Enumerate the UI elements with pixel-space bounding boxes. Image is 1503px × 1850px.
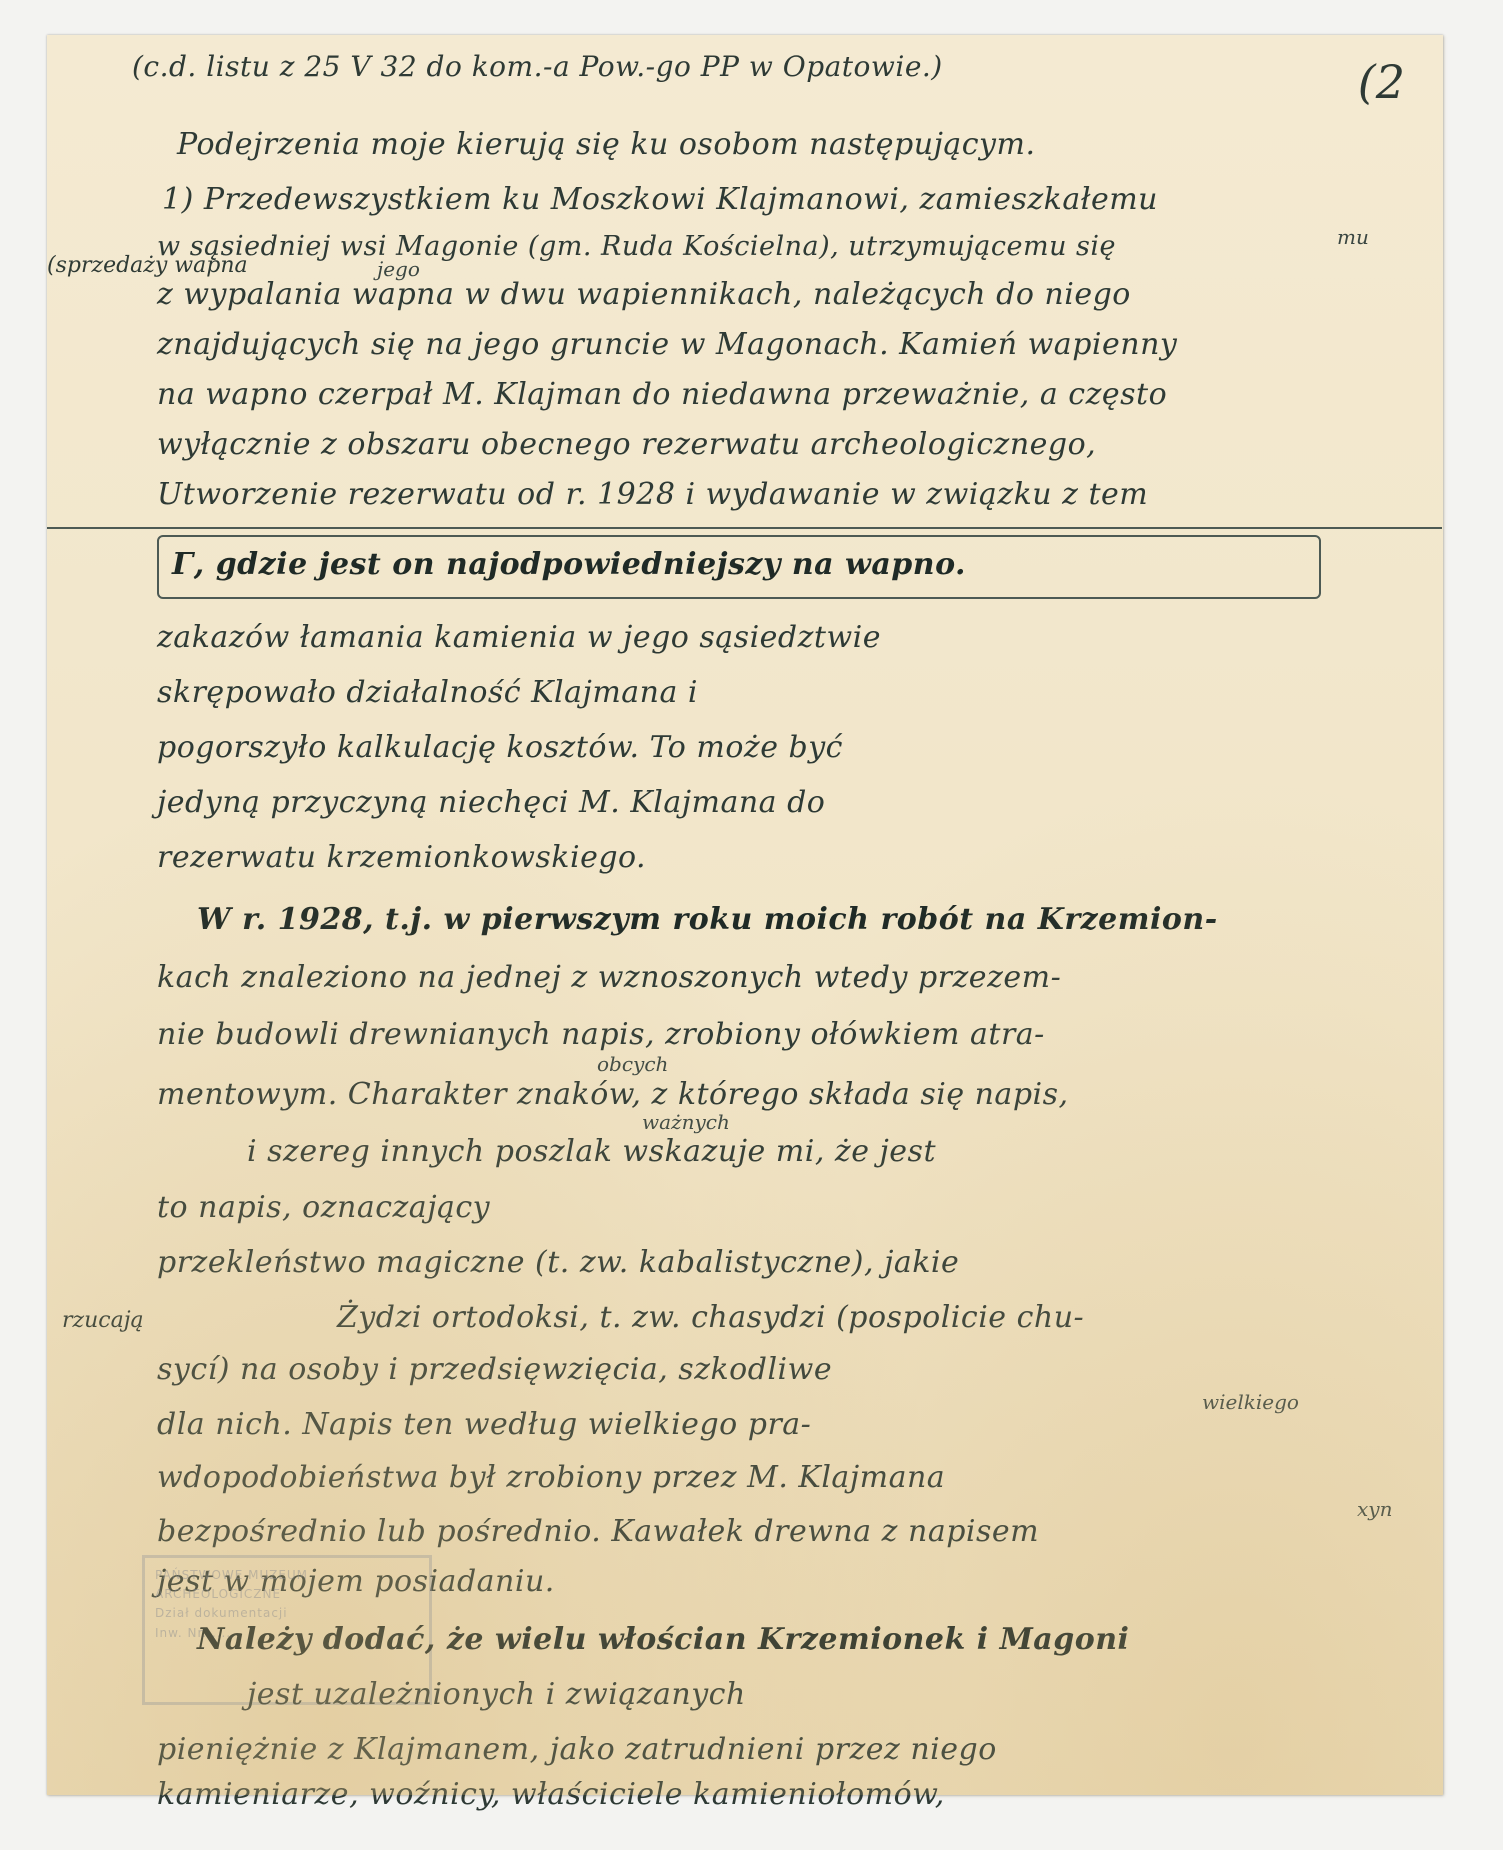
text-line-8: Utworzenie rezerwatu od r. 1928 i wydawa…	[157, 480, 1148, 510]
text-line-17: mentowym. Charakter znaków, z którego sk…	[157, 1080, 1069, 1110]
insertion-wielkiego: wielkiego	[1202, 1390, 1299, 1414]
text-line-7: wyłącznie z obszaru obecnego rezerwatu a…	[157, 430, 1096, 460]
insertion-mu: mu	[1337, 225, 1369, 249]
document-page: (2 (c.d. listu z 25 V 32 do kom.-a Pow.-…	[47, 35, 1443, 1795]
text-line-15: kach znaleziono na jednej z wznoszonych …	[157, 963, 1061, 993]
text-line-16: nie budowli drewnianych napis, zrobiony …	[157, 1020, 1045, 1050]
insertion-obcych: obcych	[597, 1052, 668, 1076]
text-line-29: pieniężnie z Klajmanem, jako zatrudnieni…	[157, 1735, 997, 1765]
text-line-1: Podejrzenia moje kierują się ku osobom n…	[177, 130, 1036, 160]
margin-note-rzucaja: rzucają	[62, 1308, 144, 1333]
text-line-23: dla nich. Napis ten według wielkiego pra…	[157, 1410, 811, 1440]
text-line-5: znajdujących się na jego gruncie w Magon…	[157, 330, 1177, 360]
text-line-30: kamieniarze, woźnicy, właściciele kamien…	[157, 1780, 945, 1810]
text-line-21: Żydzi ortodoksi, t. zw. chasydzi (pospol…	[337, 1303, 1084, 1333]
text-line-10: skrępowało działalność Klajmana i	[157, 678, 698, 708]
text-line-11: pogorszyło kalkulację kosztów. To może b…	[157, 733, 843, 763]
text-line-19: to napis, oznaczający	[157, 1193, 490, 1223]
stamp-line-1: PAŃSTWOWE MUZEUM ARCHEOLOGICZNE	[155, 1566, 419, 1604]
page-number: (2	[1358, 55, 1405, 109]
text-line-22: sycí) na osoby i przedsięwzięcia, szkodl…	[157, 1355, 832, 1385]
text-line-9: zakazów łamania kamienia w jego sąsiedzt…	[157, 623, 881, 653]
letter-header: (c.d. listu z 25 V 32 do kom.-a Pow.-go …	[132, 53, 943, 81]
text-line-25: bezpośrednio lub pośrednio. Kawałek drew…	[157, 1517, 1039, 1547]
insert-divider	[47, 527, 1442, 529]
stamp-line-2: Dział dokumentacji	[155, 1604, 419, 1623]
text-line-28: jest uzależnionych i związanych	[247, 1680, 746, 1710]
insertion-waznych: ważnych	[642, 1110, 730, 1134]
boxed-insert-text: Γ, gdzie jest on najodpowiedniejszy na w…	[172, 550, 966, 580]
text-line-20: przekleństwo magiczne (t. zw. kabalistyc…	[157, 1248, 959, 1278]
text-line-14: W r. 1928, t.j. w pierwszym roku moich r…	[197, 905, 1218, 935]
text-line-2: 1) Przedewszystkiem ku Moszkowi Klajmano…	[162, 185, 1158, 215]
text-line-13: rezerwatu krzemionkowskiego.	[157, 843, 646, 873]
text-line-18: i szereg innych poszlak wskazuje mi, że …	[247, 1137, 936, 1167]
text-line-4: z wypalania wapna w dwu wapiennikach, na…	[157, 280, 1131, 310]
text-line-12: jedyną przyczyną niechęci M. Klajmana do	[157, 788, 825, 818]
text-line-3: w sąsiedniej wsi Magonie (gm. Ruda Kości…	[157, 233, 1116, 260]
text-line-6: na wapno czerpał M. Klajman do niedawna …	[157, 380, 1167, 410]
text-line-24: wdopodobieństwa był zrobiony przez M. Kl…	[157, 1463, 945, 1493]
text-line-27: Należy dodać, że wielu włościan Krzemion…	[197, 1625, 1129, 1655]
insertion-xyn: xyn	[1357, 1497, 1392, 1521]
